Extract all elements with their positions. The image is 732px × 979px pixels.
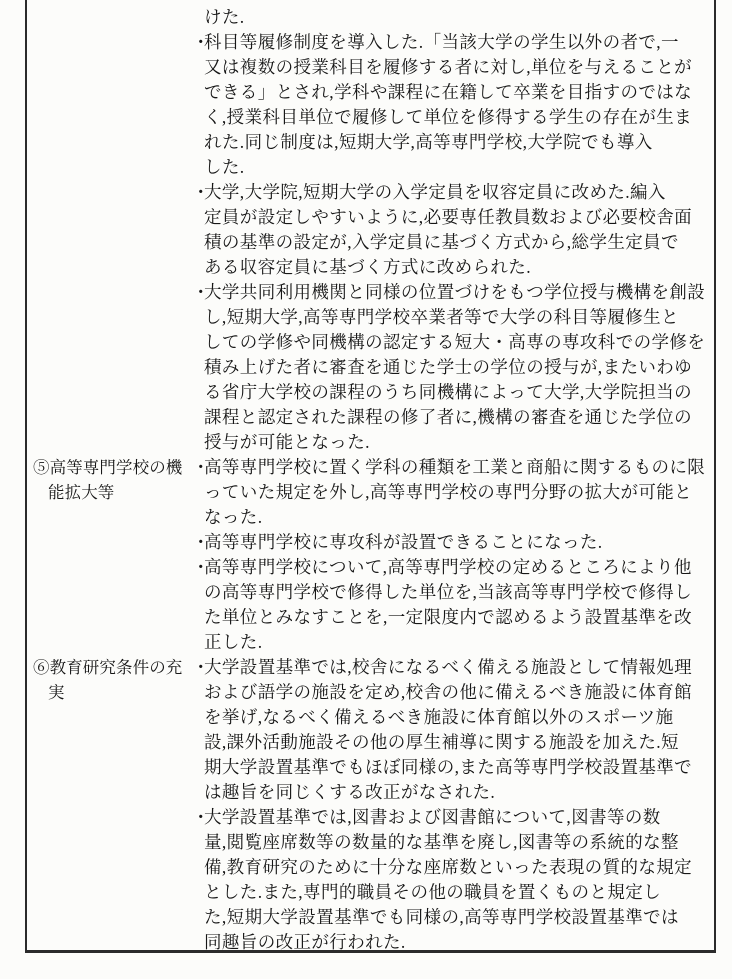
text-line-content: 高等専門学校について,高等専門学校の定めるところにより他 xyxy=(204,555,692,580)
text-line-content: 課程と認定された課程の修了者に,機構の審査を通じた学位の xyxy=(204,405,692,430)
table-frame: けた.・科目等履修制度を導入した.「当該大学の学生以外の者で,一又は複数の授業科… xyxy=(25,0,716,953)
text-line: ある収容定員に基づく方式に改められた. xyxy=(192,255,714,280)
text-line: ・高等専門学校について,高等専門学校の定めるところにより他 xyxy=(192,555,714,580)
bullet-icon: ・ xyxy=(192,455,204,480)
text-line: る省庁大学校の課程のうち同機構によって大学,大学院担当の xyxy=(192,380,714,405)
text-line: 授与が可能となった. xyxy=(192,430,714,455)
text-line: 同趣旨の改正が行われた. xyxy=(192,930,714,955)
table-body: けた.・科目等履修制度を導入した.「当該大学の学生以外の者で,一又は複数の授業科… xyxy=(27,5,714,955)
text-line: ・高等専門学校に専攻科が設置できることになった. xyxy=(192,530,714,555)
bullet-icon: ・ xyxy=(192,655,204,680)
text-line: し,短期大学,高等専門学校卒業者等で大学の科目等履修生と xyxy=(192,305,714,330)
bullet-icon: ・ xyxy=(192,805,204,830)
text-line-content: を挙げ,なるべく備えるべき施設に体育館以外のスポーツ施 xyxy=(204,705,673,730)
text-line: を挙げ,なるべく備えるべき施設に体育館以外のスポーツ施 xyxy=(192,705,714,730)
text-line-content: 同趣旨の改正が行われた. xyxy=(204,930,406,955)
item-label-cell: ⑤高等専門学校の機能拡大等 xyxy=(27,455,192,505)
text-line-content: できる」とされ,学科や課程に在籍して卒業を目指すのではな xyxy=(204,80,692,105)
text-line-content: 積の基準の設定が,入学定員に基づく方式から,総学生定員で xyxy=(204,230,679,255)
text-line-content: 授与が可能となった. xyxy=(204,430,370,455)
text-line: れた.同じ制度は,短期大学,高等専門学校,大学院でも導入 xyxy=(192,130,714,155)
bullet-icon: ・ xyxy=(192,530,204,555)
text-line-content: 科目等履修制度を導入した.「当該大学の学生以外の者で,一 xyxy=(204,30,679,55)
text-line-content: の高等専門学校で修得した単位を,当該高等専門学校で修得し xyxy=(204,580,692,605)
text-line-content: 期大学設置基準でもほぼ同様の,また高等専門学校設置基準で xyxy=(204,755,692,780)
text-line: した. xyxy=(192,155,714,180)
text-line: 量,閲覧座席数等の数量的な基準を廃し,図書等の系統的な整 xyxy=(192,830,714,855)
item-content-cell: けた.・科目等履修制度を導入した.「当該大学の学生以外の者で,一又は複数の授業科… xyxy=(192,5,714,455)
text-line-content: 大学,大学院,短期大学の入学定員を収容定員に改めた.編入 xyxy=(204,180,666,205)
text-line-content: 高等専門学校に専攻科が設置できることになった. xyxy=(204,530,603,555)
table-row: ⑥教育研究条件の充実・大学設置基準では,校舎になるべく備える施設として情報処理お… xyxy=(27,655,714,955)
text-line-content: 又は複数の授業科目を履修する者に対し,単位を与えることが xyxy=(204,55,692,80)
text-line: ・大学共同利用機関と同様の位置づけをもつ学位授与機構を創設 xyxy=(192,280,714,305)
text-line: 積み上げた者に審査を通じた学士の学位の授与が,またいわゆ xyxy=(192,355,714,380)
text-line: 積の基準の設定が,入学定員に基づく方式から,総学生定員で xyxy=(192,230,714,255)
text-line-content: た単位とみなすことを,一定限度内で認めるよう設置基準を改 xyxy=(204,605,692,630)
text-line: っていた規定を外し,高等専門学校の専門分野の拡大が可能と xyxy=(192,480,714,505)
item-label-line: 実 xyxy=(33,680,192,705)
text-line-content: た,短期大学設置基準でも同様の,高等専門学校設置基準では xyxy=(204,905,679,930)
item-label-line: ⑥教育研究条件の充 xyxy=(33,655,192,680)
text-line: できる」とされ,学科や課程に在籍して卒業を目指すのではな xyxy=(192,80,714,105)
text-line: 正した. xyxy=(192,630,714,655)
text-line-content: した. xyxy=(204,155,245,180)
text-line-content: 設,課外活動施設その他の厚生補導に関する施設を加えた.短 xyxy=(204,730,679,755)
text-line-content: 量,閲覧座席数等の数量的な基準を廃し,図書等の系統的な整 xyxy=(204,830,679,855)
text-line: 期大学設置基準でもほぼ同様の,また高等専門学校設置基準で xyxy=(192,755,714,780)
text-line: 又は複数の授業科目を履修する者に対し,単位を与えることが xyxy=(192,55,714,80)
text-line-content: 大学設置基準では,校舎になるべく備える施設として情報処理 xyxy=(204,655,692,680)
text-line: た,短期大学設置基準でも同様の,高等専門学校設置基準では xyxy=(192,905,714,930)
text-line-content: る省庁大学校の課程のうち同機構によって大学,大学院担当の xyxy=(204,380,692,405)
text-line: ・大学,大学院,短期大学の入学定員を収容定員に改めた.編入 xyxy=(192,180,714,205)
text-line-content: ある収容定員に基づく方式に改められた. xyxy=(204,255,531,280)
text-line-content: 正した. xyxy=(204,630,262,655)
text-line-content: けた. xyxy=(204,5,245,30)
text-line: く,授業科目単位で履修して単位を修得する学生の存在が生ま xyxy=(192,105,714,130)
text-line: た単位とみなすことを,一定限度内で認めるよう設置基準を改 xyxy=(192,605,714,630)
text-line: 設,課外活動施設その他の厚生補導に関する施設を加えた.短 xyxy=(192,730,714,755)
text-line-content: く,授業科目単位で履修して単位を修得する学生の存在が生ま xyxy=(204,105,692,130)
text-line-content: 大学共同利用機関と同様の位置づけをもつ学位授与機構を創設 xyxy=(204,280,705,305)
text-line-content: しての学修や同機構の認定する短大・高専の専攻科での学修を xyxy=(204,330,705,355)
bullet-icon: ・ xyxy=(192,280,204,305)
table-row: ⑤高等専門学校の機能拡大等・高等専門学校に置く学科の種類を工業と商船に関するもの… xyxy=(27,455,714,655)
text-line: けた. xyxy=(192,5,714,30)
document-page: けた.・科目等履修制度を導入した.「当該大学の学生以外の者で,一又は複数の授業科… xyxy=(0,0,732,979)
text-line-content: っていた規定を外し,高等専門学校の専門分野の拡大が可能と xyxy=(204,480,692,505)
text-line: 定員が設定しやすいように,必要専任教員数および必要校舎面 xyxy=(192,205,714,230)
text-line: 課程と認定された課程の修了者に,機構の審査を通じた学位の xyxy=(192,405,714,430)
item-content-cell: ・大学設置基準では,校舎になるべく備える施設として情報処理および語学の施設を定め… xyxy=(192,655,714,955)
text-line-content: とした.また,専門的職員その他の職員を置くものと規定し xyxy=(204,880,661,905)
text-line: ・大学設置基準では,図書および図書館について,図書等の数 xyxy=(192,805,714,830)
text-line-content: 大学設置基準では,図書および図書館について,図書等の数 xyxy=(204,805,661,830)
text-line-content: し,短期大学,高等専門学校卒業者等で大学の科目等履修生と xyxy=(204,305,679,330)
table-row: けた.・科目等履修制度を導入した.「当該大学の学生以外の者で,一又は複数の授業科… xyxy=(27,5,714,455)
text-line: なった. xyxy=(192,505,714,530)
text-line: しての学修や同機構の認定する短大・高専の専攻科での学修を xyxy=(192,330,714,355)
item-label-line: ⑤高等専門学校の機 xyxy=(33,455,192,480)
bullet-icon: ・ xyxy=(192,30,204,55)
text-line: は趣旨を同じくする改正がなされた. xyxy=(192,780,714,805)
text-line: ・大学設置基準では,校舎になるべく備える施設として情報処理 xyxy=(192,655,714,680)
text-line-content: 備,教育研究のために十分な座席数といった表現の質的な規定 xyxy=(204,855,692,880)
text-line: および語学の施設を定め,校舎の他に備えるべき施設に体育館 xyxy=(192,680,714,705)
text-line-content: は趣旨を同じくする改正がなされた. xyxy=(204,780,495,805)
text-line-content: および語学の施設を定め,校舎の他に備えるべき施設に体育館 xyxy=(204,680,692,705)
bullet-icon: ・ xyxy=(192,180,204,205)
bullet-icon: ・ xyxy=(192,555,204,580)
item-label-cell: ⑥教育研究条件の充実 xyxy=(27,655,192,705)
text-line-content: 高等専門学校に置く学科の種類を工業と商船に関するものに限 xyxy=(204,455,705,480)
text-line-content: なった. xyxy=(204,505,262,530)
text-line-content: れた.同じ制度は,短期大学,高等専門学校,大学院でも導入 xyxy=(204,130,653,155)
text-line-content: 定員が設定しやすいように,必要専任教員数および必要校舎面 xyxy=(204,205,692,230)
text-line: の高等専門学校で修得した単位を,当該高等専門学校で修得し xyxy=(192,580,714,605)
item-content-cell: ・高等専門学校に置く学科の種類を工業と商船に関するものに限っていた規定を外し,高… xyxy=(192,455,714,655)
text-line-content: 積み上げた者に審査を通じた学士の学位の授与が,またいわゆ xyxy=(204,355,692,380)
item-label-line: 能拡大等 xyxy=(33,480,192,505)
text-line: とした.また,専門的職員その他の職員を置くものと規定し xyxy=(192,880,714,905)
text-line: ・高等専門学校に置く学科の種類を工業と商船に関するものに限 xyxy=(192,455,714,480)
text-line: ・科目等履修制度を導入した.「当該大学の学生以外の者で,一 xyxy=(192,30,714,55)
text-line: 備,教育研究のために十分な座席数といった表現の質的な規定 xyxy=(192,855,714,880)
